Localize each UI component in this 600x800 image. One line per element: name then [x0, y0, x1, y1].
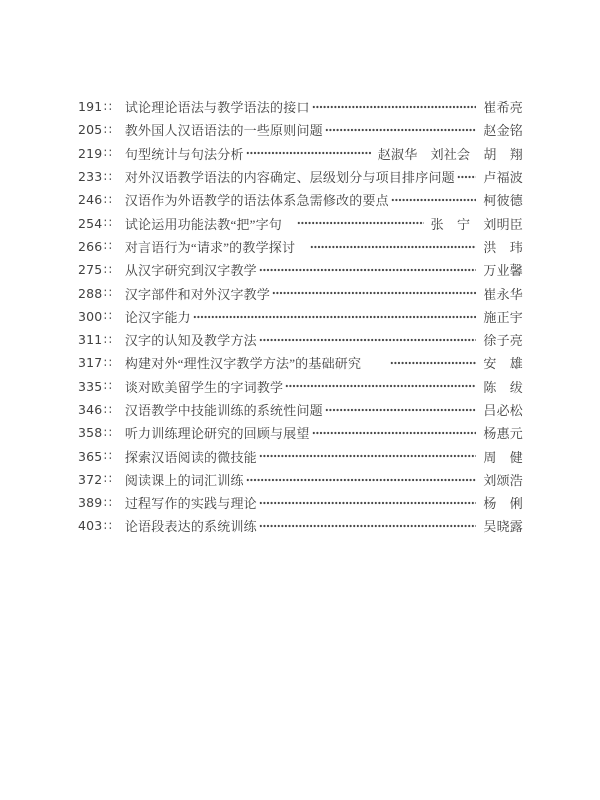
dot-leader — [259, 514, 477, 537]
toc-entry: 358 ∷ 听力训练理论研究的回顾与展望 杨惠元 — [78, 421, 523, 444]
page-separator: ∷ — [104, 449, 112, 463]
page-number: 288 — [78, 286, 104, 301]
entry-title: 汉字的认知及教学方法 — [125, 330, 257, 349]
dot-leader — [272, 281, 476, 304]
toc-entry: 317 ∷ 构建对外“理性汉字教学方法”的基础研究 安 雄 — [78, 351, 523, 374]
page-separator: ∷ — [104, 123, 112, 137]
page-separator: ∷ — [104, 426, 112, 440]
dot-leader — [325, 118, 477, 141]
page-separator: ∷ — [104, 286, 112, 300]
entry-authors: 徐子亮 — [483, 330, 523, 349]
page-separator: ∷ — [104, 100, 112, 114]
page-separator: ∷ — [104, 170, 112, 184]
entry-authors: 张 宁 刘明臣 — [431, 214, 523, 233]
dot-leader — [285, 375, 476, 398]
entry-title: 教外国人汉语语法的一些原则问题 — [125, 120, 323, 139]
toc-entry: 266 ∷ 对言语行为“请求”的教学探讨 洪 玮 — [78, 235, 523, 258]
page-separator: ∷ — [104, 403, 112, 417]
dot-leader — [312, 421, 477, 444]
entry-authors: 安 雄 — [483, 353, 523, 372]
toc-entry: 205 ∷ 教外国人汉语语法的一些原则问题 赵金铭 — [78, 118, 523, 141]
book-page: 191 ∷ 试论理论语法与教学语法的接口 崔希亮 205 ∷ 教外国人汉语语法的… — [0, 0, 600, 800]
entry-authors: 刘颂浩 — [483, 470, 523, 489]
page-number: 372 — [78, 472, 104, 487]
page-separator: ∷ — [104, 496, 112, 510]
entry-authors: 赵淑华 刘社会 胡 翔 — [378, 144, 523, 163]
page-separator: ∷ — [104, 146, 112, 160]
entry-title: 对外汉语教学语法的内容确定、层级划分与项目排序问题 — [125, 167, 455, 186]
page-number: 254 — [78, 216, 104, 231]
toc-entry: 300 ∷ 论汉字能力 施正宇 — [78, 305, 523, 328]
page-number: 300 — [78, 309, 104, 324]
toc-entry: 403 ∷ 论语段表达的系统训练 吴晓露 — [78, 514, 523, 537]
page-number: 219 — [78, 146, 104, 161]
entry-title: 汉字部件和对外汉字教学 — [125, 284, 270, 303]
page-number: 233 — [78, 169, 104, 184]
page-number: 266 — [78, 239, 104, 254]
toc-entry: 346 ∷ 汉语教学中技能训练的系统性问题 吕必松 — [78, 398, 523, 421]
page-number: 335 — [78, 379, 104, 394]
page-number: 358 — [78, 425, 104, 440]
dot-leader — [259, 444, 477, 467]
entry-authors: 杨 俐 — [483, 493, 523, 512]
dot-leader — [297, 211, 423, 234]
dot-leader — [259, 258, 477, 281]
page-separator: ∷ — [104, 216, 112, 230]
toc-entry: 254 ∷ 试论运用功能法教“把”字句 张 宁 刘明臣 — [78, 211, 523, 234]
page-number: 317 — [78, 355, 104, 370]
toc-entry: 288 ∷ 汉字部件和对外汉字教学 崔永华 — [78, 281, 523, 304]
entry-authors: 柯彼德 — [483, 190, 523, 209]
entry-authors: 洪 玮 — [483, 237, 523, 256]
page-separator: ∷ — [104, 519, 112, 533]
entry-authors: 吕必松 — [483, 400, 523, 419]
dot-leader — [312, 95, 477, 118]
toc-list: 191 ∷ 试论理论语法与教学语法的接口 崔希亮 205 ∷ 教外国人汉语语法的… — [78, 95, 523, 538]
toc-entry: 335 ∷ 谈对欧美留学生的字词教学 陈 绂 — [78, 375, 523, 398]
page-separator: ∷ — [104, 309, 112, 323]
page-separator: ∷ — [104, 379, 112, 393]
entry-authors: 卢福波 — [483, 167, 523, 186]
entry-authors: 吴晓露 — [483, 516, 523, 535]
entry-authors: 万业馨 — [483, 260, 523, 279]
page-number: 275 — [78, 262, 104, 277]
dot-leader — [246, 468, 477, 491]
toc-entry: 311 ∷ 汉字的认知及教学方法 徐子亮 — [78, 328, 523, 351]
entry-title: 构建对外“理性汉字教学方法”的基础研究 — [125, 353, 388, 372]
page-number: 246 — [78, 192, 104, 207]
toc-entry: 191 ∷ 试论理论语法与教学语法的接口 崔希亮 — [78, 95, 523, 118]
dot-leader — [390, 351, 477, 374]
toc-entry: 219 ∷ 句型统计与句法分析 赵淑华 刘社会 胡 翔 — [78, 142, 523, 165]
entry-title: 论语段表达的系统训练 — [125, 516, 257, 535]
page-number: 346 — [78, 402, 104, 417]
page-number: 205 — [78, 122, 104, 137]
toc-entry: 365 ∷ 探索汉语阅读的微技能 周 健 — [78, 444, 523, 467]
page-separator: ∷ — [104, 263, 112, 277]
dot-leader — [193, 305, 477, 328]
dot-leader — [457, 165, 477, 188]
entry-title: 从汉字研究到汉字教学 — [125, 260, 257, 279]
toc-entry: 233 ∷ 对外汉语教学语法的内容确定、层级划分与项目排序问题 卢福波 — [78, 165, 523, 188]
page-number: 403 — [78, 518, 104, 533]
dot-leader — [259, 328, 477, 351]
entry-title: 过程写作的实践与理论 — [125, 493, 257, 512]
page-number: 311 — [78, 332, 104, 347]
page-separator: ∷ — [104, 356, 112, 370]
toc-entry: 275 ∷ 从汉字研究到汉字教学 万业馨 — [78, 258, 523, 281]
entry-title: 对言语行为“请求”的教学探讨 — [125, 237, 309, 256]
entry-authors: 赵金铭 — [483, 120, 523, 139]
entry-title: 听力训练理论研究的回顾与展望 — [125, 423, 310, 442]
dot-leader — [310, 235, 476, 258]
entry-authors: 陈 绂 — [483, 377, 523, 396]
page-number: 191 — [78, 99, 104, 114]
dot-leader — [246, 142, 371, 165]
dot-leader — [259, 491, 477, 514]
entry-title: 探索汉语阅读的微技能 — [125, 447, 257, 466]
entry-title: 试论理论语法与教学语法的接口 — [125, 97, 310, 116]
entry-authors: 周 健 — [483, 447, 523, 466]
toc-entry: 389 ∷ 过程写作的实践与理论 杨 俐 — [78, 491, 523, 514]
entry-authors: 杨惠元 — [483, 423, 523, 442]
entry-authors: 施正宇 — [483, 307, 523, 326]
entry-authors: 崔希亮 — [483, 97, 523, 116]
dot-leader — [325, 398, 477, 421]
page-number: 365 — [78, 449, 104, 464]
toc-entry: 372 ∷ 阅读课上的词汇训练 刘颂浩 — [78, 468, 523, 491]
entry-title: 句型统计与句法分析 — [125, 144, 244, 163]
entry-title: 汉语作为外语教学的语法体系急需修改的要点 — [125, 190, 389, 209]
entry-title: 论汉字能力 — [125, 307, 191, 326]
page-number: 389 — [78, 495, 104, 510]
entry-title: 谈对欧美留学生的字词教学 — [125, 377, 283, 396]
entry-title: 阅读课上的词汇训练 — [125, 470, 244, 489]
toc-entry: 246 ∷ 汉语作为外语教学的语法体系急需修改的要点 柯彼德 — [78, 188, 523, 211]
entry-title: 汉语教学中技能训练的系统性问题 — [125, 400, 323, 419]
page-separator: ∷ — [104, 472, 112, 486]
entry-title: 试论运用功能法教“把”字句 — [125, 214, 295, 233]
page-separator: ∷ — [104, 193, 112, 207]
page-separator: ∷ — [104, 239, 112, 253]
entry-authors: 崔永华 — [483, 284, 523, 303]
dot-leader — [391, 188, 477, 211]
page-separator: ∷ — [104, 333, 112, 347]
